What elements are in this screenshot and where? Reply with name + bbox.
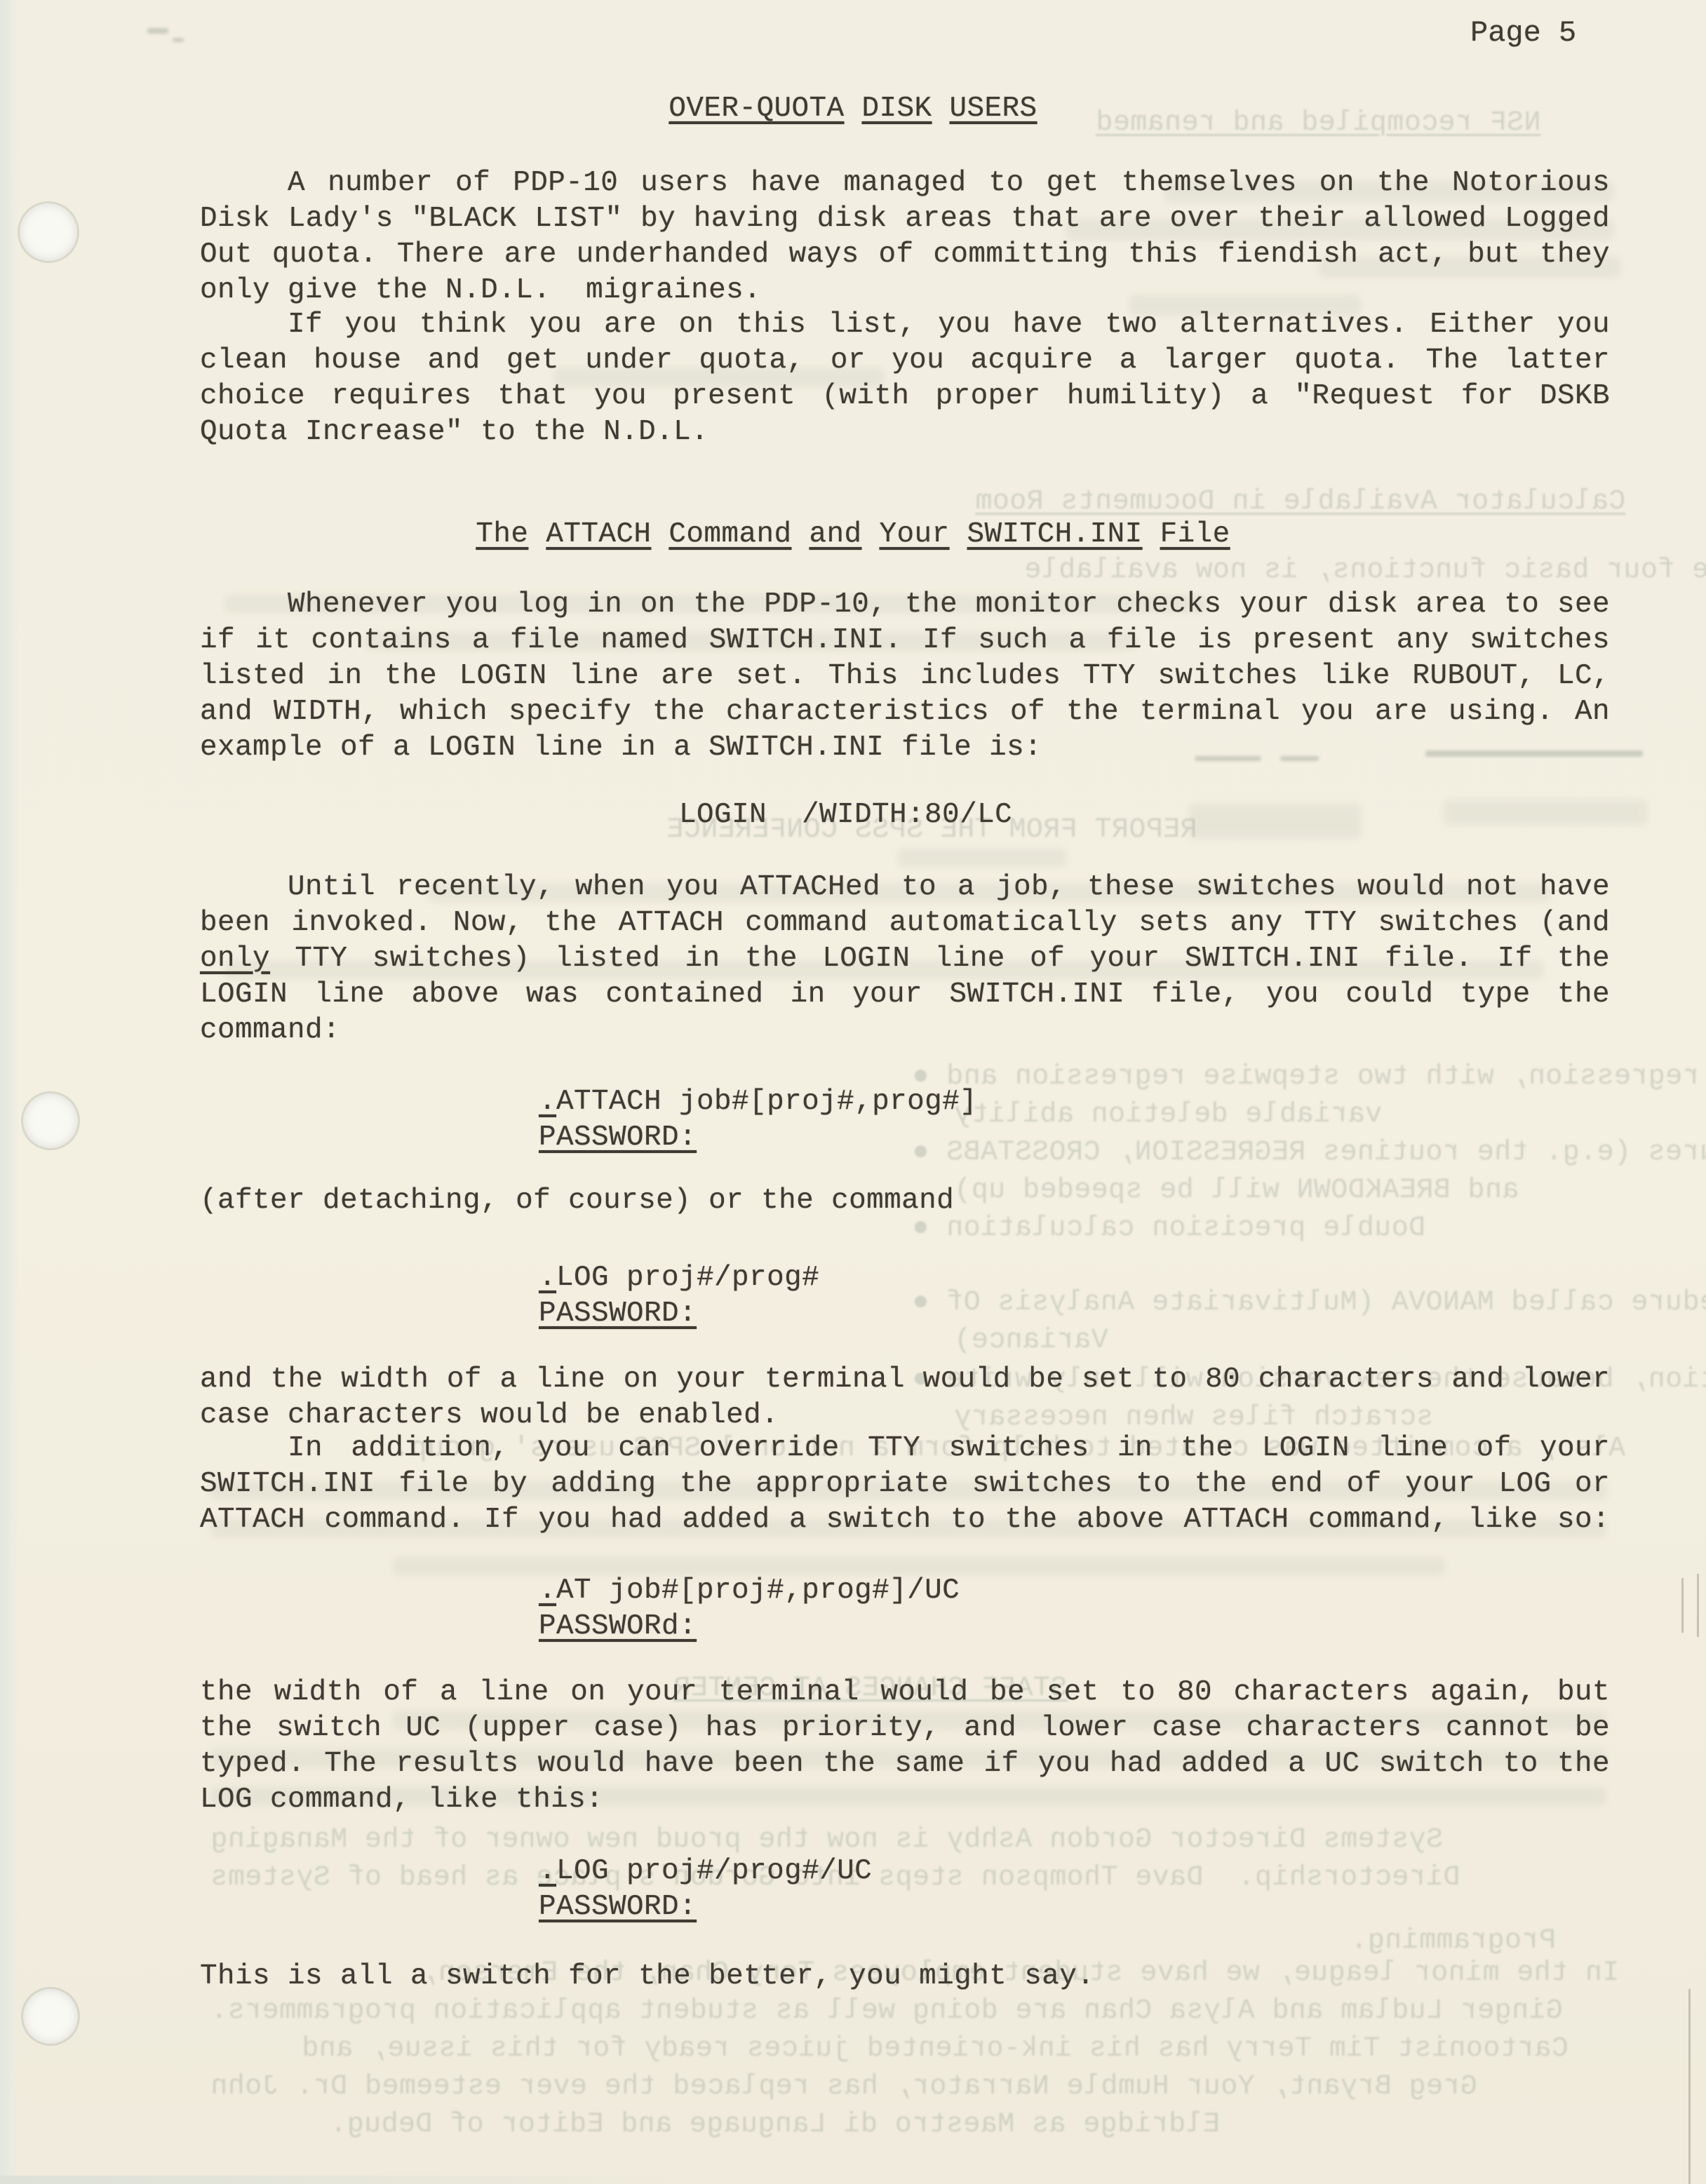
text-line: Out quota. There are underhanded ways of… [200,237,1610,273]
scanned-newsletter-page: NSF recompiled and renamedCalculator Ava… [0,0,1706,2184]
bleedthrough-dash [147,28,168,34]
paragraph-attach-behavior: Until recently, when you ATTACHed to a j… [200,870,1610,1049]
text-line: ATTACH command. If you had added a switc… [200,1502,1610,1538]
bleedthrough-bar [1189,804,1361,839]
bleedthrough-bar [898,849,1066,867]
code-line: .LOG proj#/prog#/UC [539,1854,872,1889]
code-line: PASSWORD: [539,1296,819,1332]
bleedthrough-text: Variance) [954,1324,1108,1358]
paragraph-black-list: A number of PDP-10 users have managed to… [200,166,1610,309]
text-line: SWITCH.INI file by adding the appropriat… [200,1467,1610,1502]
heading-word: SWITCH.INI [967,518,1143,551]
section-heading-over-quota: OVER-QUOTA DISK USERS [0,91,1706,127]
text-line: only TTY switches) listed in the LOGIN l… [200,941,1610,977]
text-line: listed in the LOGIN line are set. This i… [200,659,1610,694]
heading-word: ATTACH [546,518,651,551]
text-line: A number of PDP-10 users have managed to… [200,166,1610,201]
code-log-command: .LOG proj#/prog# PASSWORD: [539,1260,819,1332]
text-line: choice requires that you present (with p… [200,379,1610,414]
underlined-word-only: only [200,943,270,975]
text-line: the switch UC (upper case) has priority,… [200,1711,1610,1746]
monitor-prompt-dot: . [539,1086,556,1118]
text-line: LOG command, like this: [200,1782,1610,1818]
hole-punch-middle [23,1093,78,1148]
password-prompt: PASSWORD: [539,1891,697,1923]
bleedthrough-text: A new procedure called MANOVA (Multivari… [912,1286,1706,1320]
command-text: LOG proj#/prog#/UC [556,1855,872,1887]
code-log-uc-command: .LOG proj#/prog#/UC PASSWORD: [539,1854,872,1925]
heading-word: DISK [861,93,932,125]
text-line: been invoked. Now, the ATTACH command au… [200,905,1610,941]
text-line: the width of a line on your terminal wou… [200,1675,1610,1711]
command-text: LOG proj#/prog# [556,1262,819,1294]
code-line: .LOG proj#/prog# [539,1260,819,1296]
bleedthrough-text: Better regression, with two stepwise reg… [912,1060,1706,1094]
heading-word: The [476,518,528,551]
command-text: ATTACH job#[proj#,prog#] [556,1086,977,1118]
bleedthrough-vline [1688,1989,1691,2184]
code-line: .AT job#[proj#,prog#]/UC [539,1573,960,1609]
text-line: and WIDTH, which specify the characteris… [200,694,1610,730]
paragraph-alternatives: If you think you are on this list, you h… [200,307,1610,450]
text-line: clean house and get under quota, or you … [200,343,1610,379]
paragraph-closing-remark: This is all a switch for the better, you… [200,1959,1610,1995]
text-line: This is all a switch for the better, you… [200,1959,1610,1995]
text-line: and the width of a line on your terminal… [200,1362,1610,1398]
heading-word: OVER-QUOTA [669,93,844,125]
bleedthrough-text: Systems Director Gordon Ashby is now the… [210,1824,1443,1857]
page-number: Page 5 [1470,15,1576,51]
paragraph-uc-priority: the width of a line on your terminal wou… [200,1675,1610,1818]
paragraph-width-80: and the width of a line on your terminal… [200,1362,1610,1434]
text-line: (after detaching, of course) or the comm… [200,1183,1610,1219]
text-line: case characters would be enabled. [200,1398,1610,1434]
bleedthrough-text: variable deletion ability [954,1098,1382,1132]
text-segment: TTY switches) listed in the LOGIN line o… [270,943,1610,975]
paragraph-switch-ini: Whenever you log in on the PDP-10, the m… [200,587,1610,766]
text-line: Until recently, when you ATTACHed to a j… [200,870,1610,905]
code-line: PASSWORd: [539,1609,960,1645]
text-line: Whenever you log in on the PDP-10, the m… [200,587,1610,623]
bleedthrough-text: Greg Bryant, Your Humble Narrator, has r… [210,2070,1477,2104]
monitor-prompt-dot: . [539,1262,556,1294]
text-line: example of a LOGIN line in a SWITCH.INI … [200,730,1610,766]
monitor-prompt-dot: . [539,1855,556,1887]
password-prompt: PASSWORD: [539,1297,697,1330]
code-line: .ATTACH job#[proj#,prog#] [539,1084,977,1120]
text-line: LOGIN line above was contained in your S… [200,977,1610,1013]
command-text: AT job#[proj#,prog#]/UC [556,1575,960,1607]
text-line: Quota Increase" to the N.D.L. [200,414,1610,450]
bleedthrough-vline [1681,1578,1684,1633]
bleedthrough-text: Cartoonist Tim Terry has his ink-oriente… [302,2033,1569,2066]
code-login-line: LOGIN /WIDTH:80/LC [679,797,1012,833]
bleedthrough-text: Eldridge as Maestro di Language and Edit… [330,2108,1220,2142]
heading-word: Your [880,518,950,551]
heading-word: File [1160,518,1230,551]
bleedthrough-text: A UNIVAC calculator, with only the four … [1024,554,1706,588]
section-heading-attach-command: The ATTACH Command and Your SWITCH.INI F… [0,517,1706,553]
text-line: In addition, you can override TTY switch… [200,1431,1610,1467]
bleedthrough-dash [173,38,184,42]
code-at-command: .AT job#[proj#,prog#]/UC PASSWORd: [539,1573,960,1645]
hole-punch-bottom [23,1989,78,2044]
code-attach-command: .ATTACH job#[proj#,prog#] PASSWORD: [539,1084,977,1156]
text-line: If you think you are on this list, you h… [200,307,1610,343]
password-prompt: PASSWORd: [539,1610,697,1643]
bleedthrough-text: Ginger Ludlam and Alysa Chan are doing w… [210,1995,1563,2028]
hole-punch-top [20,203,77,261]
text-line: if it contains a file named SWITCH.INI. … [200,623,1610,659]
bleedthrough-vline [1697,1574,1699,1637]
paragraph-override-switches: In addition, you can override TTY switch… [200,1431,1610,1538]
text-line: Disk Lady's "BLACK LIST" by having disk … [200,201,1610,237]
code-line: LOGIN /WIDTH:80/LC [679,797,1012,833]
text-line: typed. The results would have been the s… [200,1746,1610,1782]
monitor-prompt-dot: . [539,1575,556,1607]
heading-word: Command [669,518,791,551]
bleedthrough-text: Faster procedures (e.g. the routines REG… [912,1136,1706,1170]
text-line: only give the N.D.L. migraines. [200,273,1610,309]
text-line: command: [200,1013,1610,1049]
bleedthrough-text: Programming. [1350,1925,1556,1958]
bleedthrough-bar [1444,800,1647,825]
password-prompt: PASSWORD: [539,1121,697,1154]
paragraph-after-detaching: (after detaching, of course) or the comm… [200,1183,1610,1219]
heading-word: USERS [950,93,1037,125]
heading-word: and [809,518,861,551]
code-line: PASSWORD: [539,1120,977,1156]
code-line: PASSWORD: [539,1889,872,1925]
bleedthrough-text: Calculator Available in Documents Room [975,485,1625,519]
